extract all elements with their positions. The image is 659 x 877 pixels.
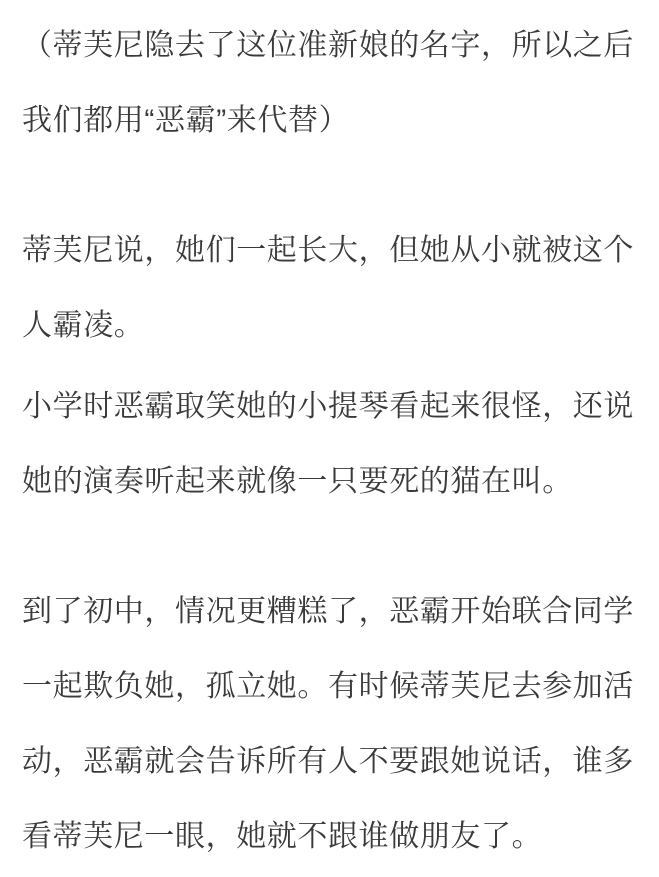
paragraph-grew-up-together: 蒂芙尼说，她们一起长大，但她从小就被这个 人霸凌。 xyxy=(22,213,641,363)
article-page: （蒂芙尼隐去了这位准新娘的名字，所以之后 我们都用“恶霸”来代替） 蒂芙尼说，她… xyxy=(0,0,659,877)
text-line: 看蒂芙尼一眼，她就不跟谁做朋友了。 xyxy=(22,799,641,874)
text-line: 到了初中，情况更糟糕了，恶霸开始联合同学 xyxy=(22,574,641,649)
text-line: 小学时恶霸取笑她的小提琴看起来很怪，还说 xyxy=(22,369,641,444)
paragraph-middle-school: 到了初中，情况更糟糕了，恶霸开始联合同学 一起欺负她，孤立她。有时候蒂芙尼去参加… xyxy=(22,574,641,874)
paragraph-primary-school: 小学时恶霸取笑她的小提琴看起来很怪，还说 她的演奏听起来就像一只要死的猫在叫。 xyxy=(22,369,641,519)
paragraph-note: （蒂芙尼隐去了这位准新娘的名字，所以之后 我们都用“恶霸”来代替） xyxy=(22,8,641,158)
text-line: 她的演奏听起来就像一只要死的猫在叫。 xyxy=(22,444,641,519)
text-line: （蒂芙尼隐去了这位准新娘的名字，所以之后 xyxy=(22,8,641,83)
text-line: 蒂芙尼说，她们一起长大，但她从小就被这个 xyxy=(22,213,641,288)
text-line: 一起欺负她，孤立她。有时候蒂芙尼去参加活 xyxy=(22,649,641,724)
text-line: 动，恶霸就会告诉所有人不要跟她说话，谁多 xyxy=(22,724,641,799)
text-line: 人霸凌。 xyxy=(22,288,641,363)
text-line: 我们都用“恶霸”来代替） xyxy=(22,83,641,158)
